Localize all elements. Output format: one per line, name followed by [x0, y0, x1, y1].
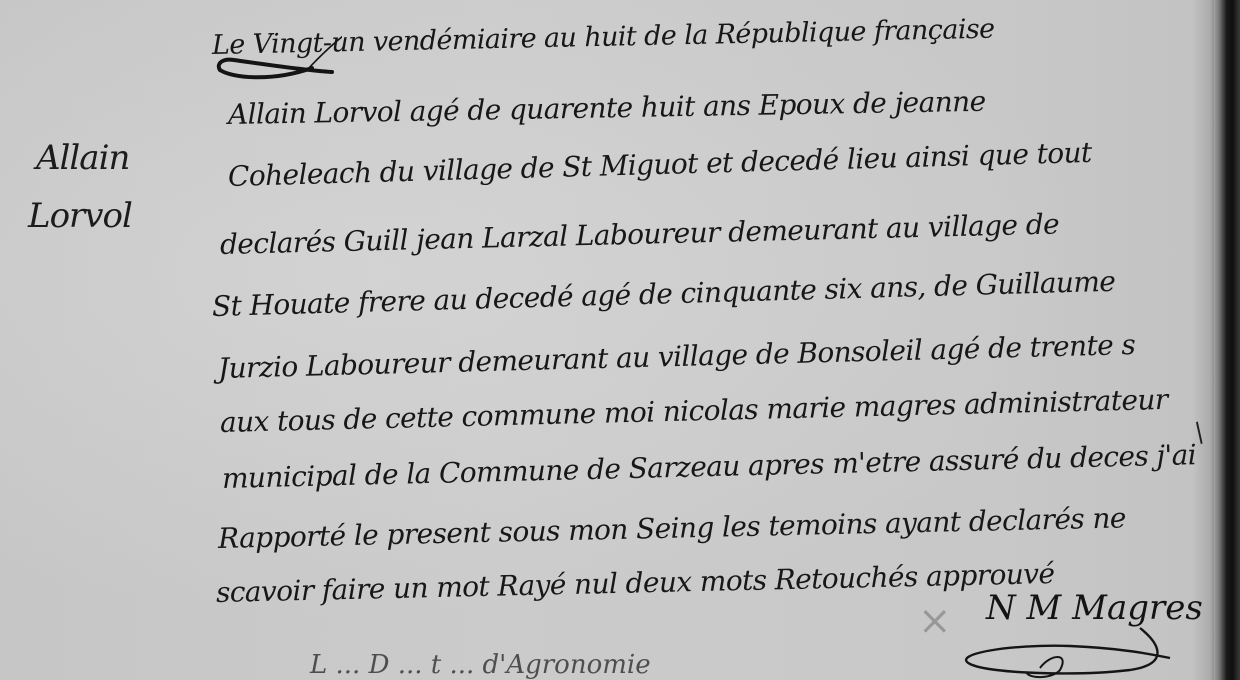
margin-note-given-name: Allain: [36, 138, 129, 178]
record-line-8: municipal de la Commune de Sarzeau apres…: [222, 438, 1197, 495]
record-line-3: Coheleach du village de St Miguot et dec…: [228, 136, 1092, 193]
next-entry-fragment: L ... D ... t ... d'Agronomie: [310, 650, 651, 680]
record-line-1: Le Vingt-un vendémiaire au huit de la Ré…: [212, 14, 995, 61]
official-signature: N M Magres: [986, 588, 1203, 628]
record-line-9: Rapporté le present sous mon Seing les t…: [218, 501, 1127, 555]
record-line-6: Jurzio Laboureur demeurant au village de…: [218, 328, 1136, 385]
record-line-2: Allain Lorvol agé de quarente huit ans E…: [228, 85, 986, 131]
signature-paraph-flourish-icon: [930, 624, 1190, 680]
record-line-7: aux tous de cette commune moi nicolas ma…: [220, 383, 1168, 439]
record-line-5: St Houate frere au decedé agé de cinquan…: [212, 265, 1116, 323]
margin-note-surname: Lorvol: [28, 196, 132, 236]
book-binding-edge: [1210, 0, 1240, 680]
record-line-4: declarés Guill jean Larzal Laboureur dem…: [220, 208, 1060, 261]
register-page: Allain Lorvol Le Vingt-un vendémiaire au…: [0, 0, 1240, 680]
